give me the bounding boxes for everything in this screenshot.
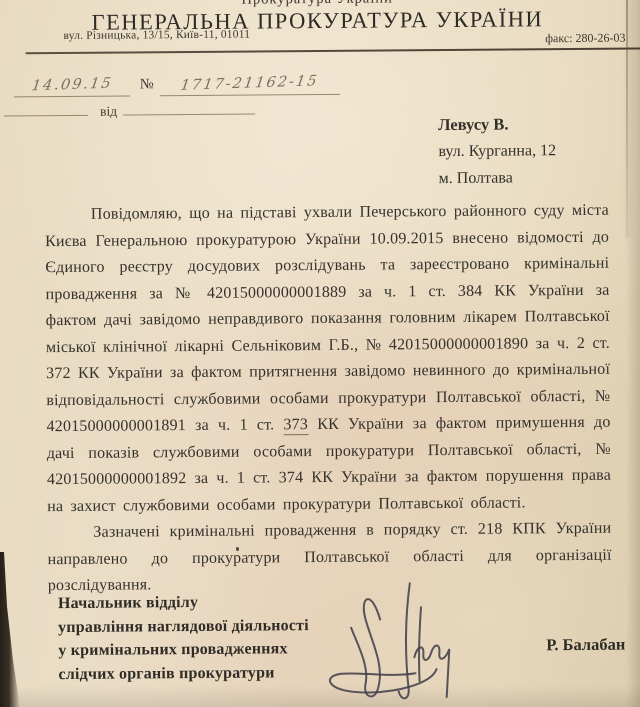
recipient-street: вул. Курганна, 12 <box>438 137 556 165</box>
handwritten-number: 1717-21162-15 <box>180 73 320 94</box>
ink-speck <box>236 547 239 551</box>
letter-body: Повідомляю, що на підставі ухвали Печерс… <box>45 198 612 600</box>
signer-position-line: управління наглядової діяльності <box>58 614 309 639</box>
paper-fold-line <box>626 0 628 238</box>
reference-row-number: 14.09.15№1717-21162-15 <box>14 74 340 98</box>
signature-scrawl-icon <box>318 577 471 707</box>
letterhead-address: вул. Різницька, 13/15, Київ-11, 01011 <box>63 29 250 42</box>
body-paragraph-1: Повідомляю, що на підставі ухвали Печерс… <box>45 198 611 520</box>
blank-line <box>4 101 88 117</box>
recipient-name: Левусу В. <box>438 110 556 138</box>
from-label: від <box>100 104 117 119</box>
body-p1-segment-1: Повідомляю, що на підставі ухвали Печерс… <box>45 202 610 435</box>
recipient-block: Левусу В. вул. Курганна, 12 м. Полтава <box>438 110 556 192</box>
blank-line <box>123 100 255 116</box>
scanned-letter: { "header": { "top_partial": "Прокуратур… <box>0 0 640 707</box>
signer-position-line: Начальник відділу <box>58 590 309 615</box>
letter-content: Прокуратура України ГЕНЕРАЛЬНА ПРОКУРАТУ… <box>0 0 640 707</box>
letterhead: Прокуратура України ГЕНЕРАЛЬНА ПРОКУРАТУ… <box>0 0 637 3</box>
signer-position-line: слідчих органів прокуратури <box>58 661 309 686</box>
reference-block: 14.09.15№1717-21162-15 від <box>0 65 418 68</box>
reference-date-field: 14.09.15 <box>14 75 130 97</box>
handwritten-date: 14.09.15 <box>30 76 113 95</box>
recipient-city: м. Полтава <box>439 164 557 192</box>
signer-position: Начальник відділу управління наглядової … <box>58 590 309 686</box>
body-p1-underlined-article: 373 <box>283 416 308 435</box>
signer-name: Р. Балабан <box>546 635 625 656</box>
signer-position-line: у кримінальних провадженнях <box>58 637 309 662</box>
reference-number-field: 1717-21162-15 <box>160 74 340 96</box>
letterhead-divider <box>26 47 640 54</box>
letterhead-fax: факс: 280-26-03 <box>545 31 625 47</box>
reference-row-from: від <box>4 100 255 122</box>
number-sign-label: № <box>140 76 154 92</box>
